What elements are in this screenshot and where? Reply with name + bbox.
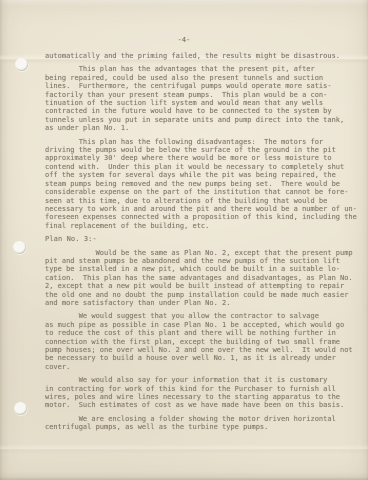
punch-hole-middle [13,241,26,254]
paragraph-plan2-advantages: This plan has the advantages that the pr… [45,65,365,132]
paragraph-plan3-description: Would be the same as Plan No. 2, except … [45,249,365,308]
page-number: -4- [0,36,368,44]
letter-body: automatically and the priming failed, th… [45,52,365,437]
punch-hole-top [15,58,28,71]
paragraph-salvage-suggestion: We would suggest that you allow the cont… [45,312,365,371]
punch-hole-bottom [14,402,27,415]
section-heading-plan-no-3: Plan No. 3:- [45,235,365,243]
paragraph-continuation: automatically and the priming failed, th… [45,52,365,60]
paragraph-plan2-disadvantages: This plan has the following disadvantage… [45,138,365,230]
paragraph-purchaser-obligations: We would also say for your information t… [45,376,365,410]
document-page: -4- automatically and the priming failed… [0,0,368,480]
paper-crease [0,444,368,454]
paragraph-enclosure-note: We are enclosing a folder showing the mo… [45,415,365,432]
